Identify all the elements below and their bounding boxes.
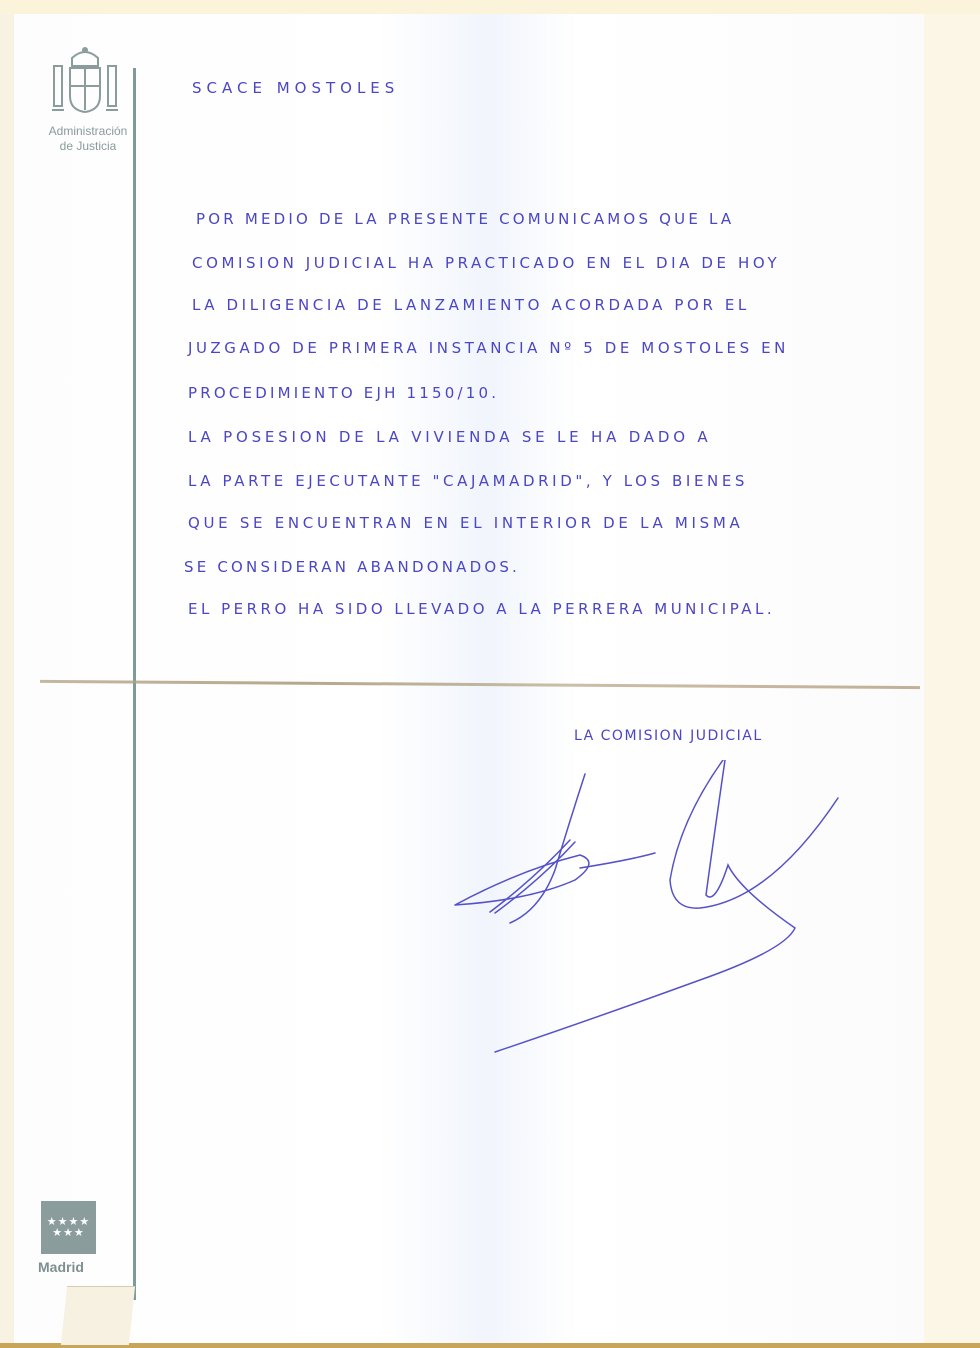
- paper-right-margin: [924, 14, 980, 1348]
- stars-icon: ★★★★: [47, 1217, 90, 1228]
- institution-line-2: de Justicia: [38, 139, 138, 154]
- letterhead-vertical-rule: [133, 68, 136, 1300]
- paper-left-edge: [0, 14, 14, 1348]
- letter-line: PROCEDIMIENTO EJH 1150/10.: [188, 384, 499, 402]
- letter-line: LA PARTE EJECUTANTE "CAJAMADRID", Y LOS …: [188, 472, 748, 490]
- institution-line-1: Administración: [38, 124, 138, 139]
- letter-line: COMISION JUDICIAL HA PRACTICADO EN EL DI…: [192, 254, 780, 272]
- letter-line: SE CONSIDERAN ABANDONADOS.: [184, 558, 520, 576]
- paper-bottom-edge: [0, 1343, 980, 1348]
- letter-line: EL PERRO HA SIDO LLEVADO A LA PERRERA MU…: [188, 600, 775, 618]
- region-label: Madrid: [38, 1259, 84, 1275]
- letter-line: LA DILIGENCIA DE LANZAMIENTO ACORDADA PO…: [192, 296, 750, 314]
- letter-line: QUE SE ENCUENTRAN EN EL INTERIOR DE LA M…: [188, 514, 744, 532]
- madrid-logo: ★★★★ ★★★: [41, 1201, 96, 1254]
- addressee: SCACE MOSTOLES: [192, 79, 399, 97]
- stars-icon: ★★★: [52, 1228, 85, 1239]
- letter-line: JUZGADO DE PRIMERA INSTANCIA Nº 5 DE MOS…: [188, 339, 789, 357]
- torn-corner: [61, 1286, 135, 1345]
- institution-name: Administración de Justicia: [38, 124, 138, 154]
- letter-line: LA POSESION DE LA VIVIENDA SE LE HA DADO…: [188, 428, 711, 446]
- handwritten-signature: [440, 760, 860, 1060]
- closing-signatory: LA COMISION JUDICIAL: [574, 728, 763, 744]
- letter-line: POR MEDIO DE LA PRESENTE COMUNICAMOS QUE…: [196, 210, 734, 228]
- coat-of-arms-icon: [50, 46, 120, 118]
